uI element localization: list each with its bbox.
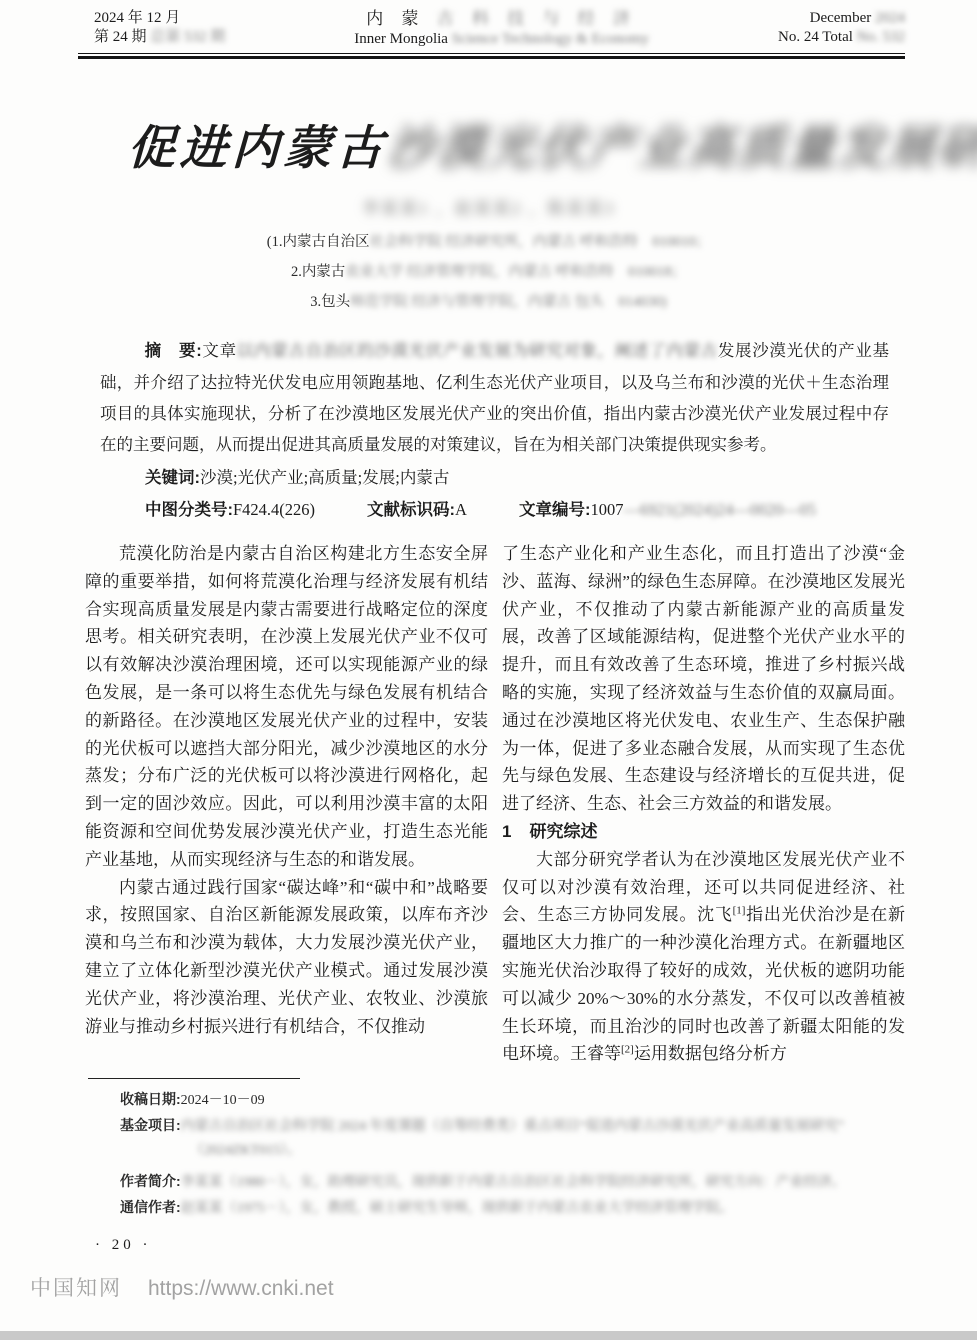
journal-issue-cn: 2024 年 12 月 第 24 期 总第 532 期 bbox=[94, 9, 225, 47]
paragraph: 了生态产业化和产业生态化，而且打造出了沙漠“金沙、蓝海、绿洲”的绿色生态屏障。在… bbox=[502, 540, 905, 818]
redacted-affiliation: 社会科学院 经济研究所，内蒙古 呼和浩特 010010； bbox=[369, 234, 710, 250]
journal-title-en: Inner Mongolia Science Technology & Econ… bbox=[354, 29, 649, 49]
page-number: · 20 · bbox=[95, 1237, 977, 1254]
document-code: 文献标识码:A bbox=[367, 494, 467, 526]
redacted-article-number: —6921(2024)24—0020—05 bbox=[623, 500, 816, 519]
keywords-text: 沙漠;光伏产业;高质量;发展;内蒙古 bbox=[200, 468, 449, 487]
affiliation-line: 3.包头师范学院 经济与管理学院，内蒙古 包头 014030) bbox=[0, 287, 977, 317]
redacted-abstract-part: 以内蒙古自治区的沙漠光伏产业发展为研究对象，阐述了内蒙古 bbox=[237, 341, 718, 360]
redacted-author-names: 李某某1 ，赵某某2 ，陈某某3 bbox=[362, 199, 615, 218]
footnote-rule bbox=[88, 1078, 300, 1079]
scanned-paper-page: 2024 年 12 月 第 24 期 总第 532 期 内 蒙 古 科 技 与 … bbox=[0, 0, 977, 1340]
received-date-row: 收稿日期:2024－10－09 bbox=[120, 1087, 905, 1113]
redacted-author-bio: 李某某（1980－），女，助理研究员，现供职于内蒙古自治区社会科学院经济研究所，… bbox=[181, 1175, 846, 1190]
redacted-fund-project: 内蒙古自治区社会科学院 2024 年度课题（自筹经费类）重点项目“促进内蒙古沙漠… bbox=[181, 1119, 844, 1134]
journal-title-block: 内 蒙 古 科 技 与 经 济 Inner Mongolia Science T… bbox=[354, 9, 649, 49]
body-column-right: 了生态产业化和产业生态化，而且打造出了沙漠“金沙、蓝海、绿洲”的绿色生态屏障。在… bbox=[502, 540, 905, 1068]
clc-number: 中图分类号:F424.4(226) bbox=[145, 494, 315, 526]
redacted-total-issue-cn: 总第 532 期 bbox=[150, 29, 225, 45]
affiliation-line: 2.内蒙古农业大学 经济管理学院，内蒙古 呼和浩特 010018； bbox=[0, 257, 977, 287]
authors-line: 李某某1 ，赵某某2 ，陈某某3 bbox=[0, 194, 977, 219]
redacted-corresponding-author: 赵某某（1975－），女，教授，硕士研究生导师，现供职于内蒙古农业大学经济管理学… bbox=[181, 1201, 734, 1216]
redacted-title-part: 沙漠光伏产业高质量发展研究 bbox=[387, 123, 977, 175]
section-heading: 1研究综述 bbox=[502, 818, 905, 846]
paragraph: 大部分研究学者认为在沙漠地区发展光伏产业不仅可以对沙漠有效治理，还可以共同促进经… bbox=[502, 846, 905, 1068]
journal-issue-no-en: No. 24 Total No. 532 bbox=[778, 28, 905, 47]
affiliation-line: (1.内蒙古自治区社会科学院 经济研究所，内蒙古 呼和浩特 010010； bbox=[0, 227, 977, 257]
fund-row: 基金项目:内蒙古自治区社会科学院 2024 年度课题（自筹经费类）重点项目“促进… bbox=[120, 1113, 905, 1139]
bottom-scan-bar bbox=[0, 1331, 977, 1340]
fund-row-continued: （2024ZKT015）。 bbox=[120, 1139, 905, 1163]
header-rule bbox=[78, 53, 905, 59]
classification-line: 中图分类号:F424.4(226) 文献标识码:A 文章编号:1007—6921… bbox=[145, 494, 889, 526]
redacted-affiliation: 农业大学 经济管理学院，内蒙古 呼和浩特 010018； bbox=[345, 264, 686, 280]
keywords-line: 关键词:沙漠;光伏产业;高质量;发展;内蒙古 bbox=[145, 462, 889, 494]
article-title: 促进内蒙古沙漠光伏产业高质量发展研究 bbox=[127, 111, 977, 178]
corresponding-author-row: 通信作者:赵某某（1975－），女，教授，硕士研究生导师，现供职于内蒙古农业大学… bbox=[120, 1195, 905, 1221]
cnki-watermark: 中国知网https://www.cnki.net bbox=[30, 1272, 334, 1302]
redacted-total-issue-en: No. 532 bbox=[857, 29, 905, 45]
journal-date-cn: 2024 年 12 月 bbox=[94, 9, 225, 28]
journal-issue-no-cn: 第 24 期 总第 532 期 bbox=[94, 28, 225, 47]
paragraph: 荒漠化防治是内蒙古自治区构建北方生态安全屏障的重要举措，如何将荒漠化治理与经济发… bbox=[85, 540, 488, 874]
journal-header: 2024 年 12 月 第 24 期 总第 532 期 内 蒙 古 科 技 与 … bbox=[0, 0, 977, 49]
affiliations: (1.内蒙古自治区社会科学院 经济研究所，内蒙古 呼和浩特 010010； 2.… bbox=[0, 227, 977, 317]
article-number: 文章编号:1007—6921(2024)24—0020—05 bbox=[519, 494, 816, 526]
abstract: 摘 要:文章以内蒙古自治区的沙漠光伏产业发展为研究对象，阐述了内蒙古发展沙漠光伏… bbox=[100, 335, 889, 460]
journal-title-cn: 内 蒙 古 科 技 与 经 济 bbox=[354, 9, 649, 29]
abstract-label: 摘 要: bbox=[144, 342, 202, 360]
cnki-logo-text: 中国知网 bbox=[30, 1277, 122, 1300]
journal-date-en: December 2024 bbox=[778, 9, 905, 28]
redacted-affiliation: 师范学院 经济与管理学院，内蒙古 包头 014030) bbox=[350, 294, 667, 310]
journal-issue-en: December 2024 No. 24 Total No. 532 bbox=[778, 9, 905, 47]
redacted-fund-number: （2024ZKT015）。 bbox=[190, 1143, 301, 1158]
paragraph: 内蒙古通过践行国家“碳达峰”和“碳中和”战略要求，按照国家、自治区新能源发展政策… bbox=[85, 874, 488, 1041]
author-bio-row: 作者简介:李某某（1980－），女，助理研究员，现供职于内蒙古自治区社会科学院经… bbox=[120, 1169, 905, 1195]
body-columns: 荒漠化防治是内蒙古自治区构建北方生态安全屏障的重要举措，如何将荒漠化治理与经济发… bbox=[85, 540, 905, 1068]
redacted-year-en: 2024 bbox=[875, 10, 905, 26]
redacted-journal-title-cn: 古 科 技 与 经 济 bbox=[437, 9, 637, 28]
cnki-url: https://www.cnki.net bbox=[148, 1277, 334, 1300]
footnote-block: 收稿日期:2024－10－09 基金项目:内蒙古自治区社会科学院 2024 年度… bbox=[120, 1087, 905, 1221]
body-column-left: 荒漠化防治是内蒙古自治区构建北方生态安全屏障的重要举措，如何将荒漠化治理与经济发… bbox=[85, 540, 488, 1068]
redacted-journal-title-en: Science Technology & Economy bbox=[452, 31, 649, 47]
keywords-label: 关键词: bbox=[145, 469, 200, 487]
